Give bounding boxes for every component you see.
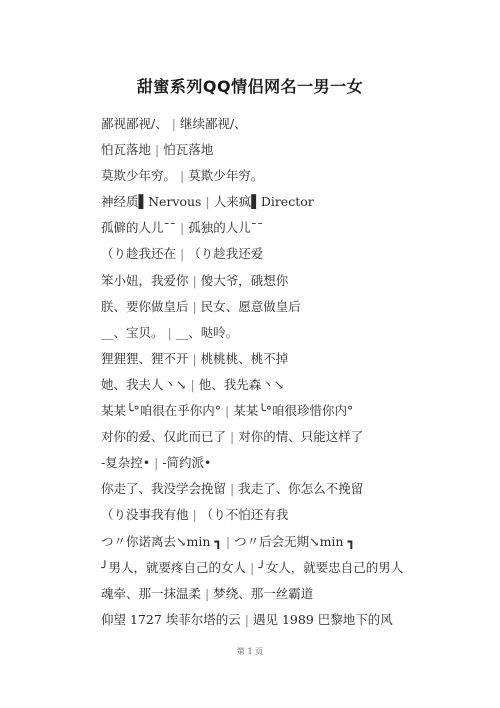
male-name: （り趁我还在: [101, 246, 176, 261]
pair-separator: |: [201, 586, 213, 601]
pair-separator: |: [189, 507, 201, 522]
pair-separator: |: [186, 377, 198, 392]
male-name: 莫欺少年穷。: [101, 168, 176, 183]
male-name: ╯男人，就要疼自己的女人: [101, 560, 246, 575]
female-name: 继续鄙视/、: [180, 116, 247, 131]
name-pair-row: 你走了、我没学会挽留|我走了、你怎么不挽留: [101, 479, 461, 505]
female-name: （り不怕还有我: [201, 507, 289, 522]
female-name: 遇见 1989 巴黎地下的风: [253, 612, 393, 627]
pair-separator: |: [151, 142, 163, 157]
female-name: 他、我先森丶↘: [199, 377, 284, 392]
pair-separator: |: [176, 168, 188, 183]
male-name: 狸狸狸、狸不开: [101, 351, 189, 366]
female-name: 怕瓦落地: [163, 142, 213, 157]
name-pair-row: 莫欺少年穷。|莫欺少年穷。: [101, 166, 461, 192]
name-pair-list: 鄙视鄙视/、|继续鄙视/、怕瓦落地|怕瓦落地莫欺少年穷。|莫欺少年穷。神经质▌N…: [101, 114, 461, 636]
name-pair-row: つ〃你诺离去↘min ┓|つ〃后会无期↘min ┓: [101, 532, 461, 558]
female-name: -简约派•: [162, 455, 211, 470]
pair-separator: |: [241, 612, 253, 627]
female-name: ╯女人，就要忠自己的男人: [258, 560, 403, 575]
name-pair-row: 朕、要你做皇后|民女、愿意做皇后: [101, 297, 461, 323]
male-name: -复杂控•: [101, 455, 150, 470]
document-title: 甜蜜系列QQ情侣网名一男一女: [0, 74, 500, 97]
female-name: 莫欺少年穷。: [188, 168, 263, 183]
female-name: （り趁我还爱: [188, 246, 263, 261]
pair-separator: |: [221, 403, 233, 418]
male-name: 仰望 1727 埃菲尔塔的云: [101, 612, 241, 627]
male-name: 神经质▌Nervous: [101, 194, 201, 209]
male-name: 对你的爱、仅此而已了: [101, 429, 226, 444]
name-pair-row: 神经质▌Nervous|人来疯▌Director: [101, 192, 461, 218]
name-pair-row: 怕瓦落地|怕瓦落地: [101, 140, 461, 166]
pair-separator: |: [176, 220, 188, 235]
pair-separator: |: [189, 273, 201, 288]
name-pair-row: 某某╰°咱很在乎你内°|某某╰°咱很珍惜你内°: [101, 401, 461, 427]
male-name: 怕瓦落地: [101, 142, 151, 157]
male-name: 她、我夫人丶↘: [101, 377, 186, 392]
page-number: 第 1 页: [0, 646, 500, 657]
male-name: 魂牵、那一抹温柔: [101, 586, 201, 601]
pair-separator: |: [168, 116, 180, 131]
pair-separator: |: [164, 325, 176, 340]
female-name: __、哒呤。: [176, 325, 239, 340]
male-name: 鄙视鄙视/、: [101, 116, 168, 131]
female-name: 人来疯▌Director: [214, 194, 314, 209]
female-name: 孤独的人儿¯¯: [188, 220, 263, 235]
name-pair-row: 孤僻的人儿¯¯|孤独的人儿¯¯: [101, 218, 461, 244]
male-name: 孤僻的人儿¯¯: [101, 220, 176, 235]
female-name: 对你的情、只能这样了: [238, 429, 363, 444]
pair-separator: |: [176, 246, 188, 261]
female-name: 桃桃桃、桃不掉: [201, 351, 289, 366]
female-name: 民女、愿意做皇后: [201, 299, 301, 314]
name-pair-row: 对你的爱、仅此而已了|对你的情、只能这样了: [101, 427, 461, 453]
name-pair-row: 仰望 1727 埃菲尔塔的云|遇见 1989 巴黎地下的风: [101, 610, 461, 636]
female-name: 梦绕、那一丝霸道: [213, 586, 313, 601]
female-name: 傻大爷，硪想你: [201, 273, 289, 288]
pair-separator: |: [246, 560, 258, 575]
name-pair-row: （り趁我还在|（り趁我还爱: [101, 244, 461, 270]
male-name: 你走了、我没学会挽留: [101, 481, 226, 496]
female-name: つ〃后会无期↘min ┓: [234, 534, 355, 549]
name-pair-row: -复杂控•|-简约派•: [101, 453, 461, 479]
pair-separator: |: [226, 429, 238, 444]
name-pair-row: （り没事我有他|（り不怕还有我: [101, 505, 461, 531]
male-name: 笨小妞，我爱你: [101, 273, 189, 288]
pair-separator: |: [189, 299, 201, 314]
male-name: 朕、要你做皇后: [101, 299, 189, 314]
name-pair-row: 鄙视鄙视/、|继续鄙视/、: [101, 114, 461, 140]
name-pair-row: ╯男人，就要疼自己的女人|╯女人，就要忠自己的男人: [101, 558, 461, 584]
pair-separator: |: [150, 455, 162, 470]
pair-separator: |: [226, 481, 238, 496]
name-pair-row: 魂牵、那一抹温柔|梦绕、那一丝霸道: [101, 584, 461, 610]
pair-separator: |: [201, 194, 213, 209]
name-pair-row: 她、我夫人丶↘|他、我先森丶↘: [101, 375, 461, 401]
name-pair-row: 笨小妞，我爱你|傻大爷，硪想你: [101, 271, 461, 297]
name-pair-row: __、宝贝。|__、哒呤。: [101, 323, 461, 349]
male-name: （り没事我有他: [101, 507, 189, 522]
female-name: 某某╰°咱很珍惜你内°: [233, 403, 353, 418]
pair-separator: |: [222, 534, 234, 549]
name-pair-row: 狸狸狸、狸不开|桃桃桃、桃不掉: [101, 349, 461, 375]
pair-separator: |: [189, 351, 201, 366]
female-name: 我走了、你怎么不挽留: [238, 481, 363, 496]
male-name: 某某╰°咱很在乎你内°: [101, 403, 221, 418]
male-name: つ〃你诺离去↘min ┓: [101, 534, 222, 549]
male-name: __、宝贝。: [101, 325, 164, 340]
